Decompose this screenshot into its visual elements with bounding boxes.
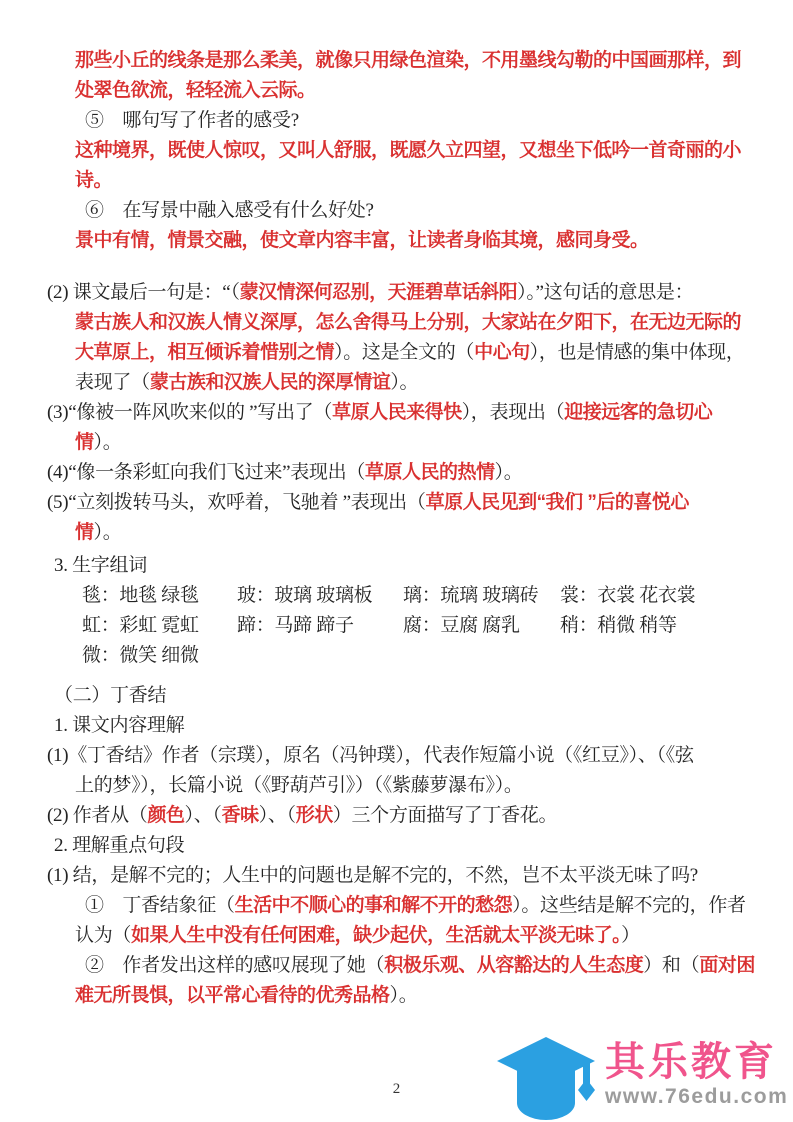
word-entry	[237, 641, 403, 671]
text-segment: 认为（	[75, 925, 131, 946]
answer-text-segment: 中心句	[474, 342, 530, 363]
text-segment: ）。	[390, 372, 418, 393]
text-line: 上的梦》），长篇小说（《野葫芦引》）（《紫藤萝瀑布》）。	[75, 771, 751, 801]
text-line: 那些小丘的线条是那么柔美，就像只用绿色渲染，不用墨线勾勒的中国画那样，到	[75, 46, 751, 76]
text-line: 这种境界，既使人惊叹，又叫人舒服，既愿久立四望，又想坐下低吟一首奇丽的小	[75, 136, 751, 166]
text-segment: (1) 结，是解不完的；人生中的问题也是解不完的，不然，岂不太平淡无味了吗?	[47, 865, 698, 886]
brand-text: 其乐教育 www.76edu.com	[605, 1040, 788, 1109]
document-page: 那些小丘的线条是那么柔美，就像只用绿色渲染，不用墨线勾勒的中国画那样，到处翠色欲…	[0, 0, 793, 1122]
answer-text-segment: 难无所畏惧，以平常心看待的优秀品格	[75, 985, 390, 1006]
text-line: ② 作者发出这样的感叹展现了她（积极乐观、从容豁达的人生态度）和（面对困	[85, 951, 751, 981]
text-line: 情）。	[75, 518, 751, 548]
word-entry	[560, 641, 751, 671]
text-line: 2. 理解重点句段	[54, 831, 751, 861]
text-line: 3. 生字组词	[54, 551, 751, 581]
text-line: 大草原上，相互倾诉着惜别之情）。这是全文的（中心句），也是情感的集中体现，	[75, 338, 751, 368]
answer-text-segment: 情	[75, 522, 94, 543]
document-body: 那些小丘的线条是那么柔美，就像只用绿色渲染，不用墨线勾勒的中国画那样，到处翠色欲…	[0, 0, 793, 1011]
text-line: 难无所畏惧，以平常心看待的优秀品格）。	[75, 981, 751, 1011]
answer-text-segment: 这种境界，既使人惊叹，又叫人舒服，既愿久立四望，又想坐下低吟一首奇丽的小	[75, 140, 741, 161]
text-line: (5)“立刻拨转马头，欢呼着，飞驰着 ”表现出（草原人民见到“我们 ”后的喜悦心	[47, 488, 751, 518]
text-line: ⑥ 在写景中融入感受有什么好处?	[85, 196, 751, 226]
text-line: 景中有情，情景交融，使文章内容丰富，让读者身临其境，感同身受。	[75, 226, 751, 256]
word-entry: 毯：地毯 绿毯	[82, 581, 237, 611]
text-segment: ）。	[94, 522, 122, 543]
text-segment: ）、（	[185, 805, 222, 826]
word-entry: 蹄：马蹄 蹄子	[237, 611, 403, 641]
text-segment: ），表现出（	[462, 402, 565, 423]
text-segment: ），也是情感的集中体现，	[530, 342, 745, 363]
answer-text-segment: 草原人民来得快	[332, 402, 462, 423]
text-segment: 3. 生字组词	[54, 555, 147, 576]
word-entry	[403, 641, 560, 671]
text-segment: ）。	[94, 432, 122, 453]
brand-name: 其乐教育	[605, 1040, 788, 1084]
answer-text-segment: 如果人生中没有任何困难，缺少起伏，生活就太平淡无味了。	[131, 925, 621, 946]
answer-text-segment: 颜色	[148, 805, 185, 826]
answer-text-segment: 积极乐观、从容豁达的人生态度	[384, 955, 643, 976]
text-line: (2) 课文最后一句是：“（蒙汉情深何忍别，天涯碧草话斜阳）。”这句话的意思是：	[47, 278, 751, 308]
text-segment: (2) 作者从（	[47, 805, 148, 826]
word-entry: 微：微笑 细微	[82, 641, 237, 671]
text-segment: 上的梦》），长篇小说（《野葫芦引》）（《紫藤萝瀑布》）。	[75, 775, 523, 796]
answer-text-segment: 形状	[296, 805, 333, 826]
answer-text-segment: 生活中不顺心的事和解不开的愁怨	[235, 895, 513, 916]
text-segment: 表现了（	[75, 372, 150, 393]
brand-logo: 其乐教育 www.76edu.com	[495, 1028, 787, 1122]
text-segment: （二）丁香结	[54, 685, 166, 706]
text-segment: ② 作者发出这样的感叹展现了她（	[85, 955, 384, 976]
text-segment: ⑥ 在写景中融入感受有什么好处?	[85, 200, 374, 221]
text-line: (1)《丁香结》作者（宗璞），原名（冯钟璞），代表作短篇小说（《红豆》）、（《弦	[47, 741, 751, 771]
answer-text-segment: 处翠色欲流，轻轻流入云际。	[75, 80, 316, 101]
text-line: (4)“像一条彩虹向我们飞过来”表现出（草原人民的热情）。	[47, 458, 751, 488]
answer-text-segment: 景中有情，情景交融，使文章内容丰富，让读者身临其境，感同身受。	[75, 230, 649, 251]
text-segment: (2) 课文最后一句是：“（	[47, 282, 240, 303]
word-entry: 腐：豆腐 腐乳	[403, 611, 560, 641]
text-segment: ）	[621, 925, 640, 946]
answer-text-segment: 蒙古族和汉族人民的深厚情谊	[150, 372, 391, 393]
brand-url: www.76edu.com	[605, 1085, 788, 1109]
answer-text-segment: 草原人民的热情	[365, 462, 495, 483]
text-segment: 1. 课文内容理解	[54, 715, 184, 736]
text-segment: 2. 理解重点句段	[54, 835, 184, 856]
answer-text-segment: 面对困	[699, 955, 755, 976]
text-segment: ）。	[495, 462, 523, 483]
word-entry: 裳：衣裳 花衣裳	[560, 581, 751, 611]
text-segment: ）三个方面描写了丁香花。	[333, 805, 557, 826]
text-segment: (5)“立刻拨转马头，欢呼着，飞驰着 ”表现出（	[47, 492, 426, 513]
answer-text-segment: 蒙汉情深何忍别，天涯碧草话斜阳	[240, 282, 518, 303]
text-line: （二）丁香结	[54, 681, 751, 711]
text-line: 认为（如果人生中没有任何困难，缺少起伏，生活就太平淡无味了。）	[75, 921, 751, 951]
text-line: 1. 课文内容理解	[54, 711, 751, 741]
text-segment: ）、（	[259, 805, 296, 826]
text-segment: ）。	[390, 985, 418, 1006]
text-line: 蒙古族人和汉族人情义深厚，怎么舍得马上分别，大家站在夕阳下，在无边无际的	[75, 308, 751, 338]
answer-text-segment: 香味	[222, 805, 259, 826]
answer-text-segment: 大草原上，相互倾诉着惜别之情	[75, 342, 334, 363]
answer-text-segment: 蒙古族人和汉族人情义深厚，怎么舍得马上分别，大家站在夕阳下，在无边无际的	[75, 312, 741, 333]
answer-text-segment: 迎接远客的急切心	[564, 402, 712, 423]
text-segment: (1)《丁香结》作者（宗璞），原名（冯钟璞），代表作短篇小说（《红豆》）、（《弦	[47, 745, 694, 766]
answer-text-segment: 草原人民见到“我们 ”后的喜悦心	[426, 492, 689, 513]
word-entry: 玻：玻璃 玻璃板	[237, 581, 403, 611]
text-line: (1) 结，是解不完的；人生中的问题也是解不完的，不然，岂不太平淡无味了吗?	[47, 861, 751, 891]
text-segment: (3)“像被一阵风吹来似的 ”写出了（	[47, 402, 332, 423]
text-segment: ）。这是全文的（	[334, 342, 474, 363]
word-entry: 虹：彩虹 霓虹	[82, 611, 237, 641]
text-segment: (4)“像一条彩虹向我们飞过来”表现出（	[47, 462, 365, 483]
text-line: 情）。	[75, 428, 751, 458]
answer-text-segment: 情	[75, 432, 94, 453]
word-entry: 稍：稍微 稍等	[560, 611, 751, 641]
text-segment: ）。”这句话的意思是：	[517, 282, 693, 303]
word-formation-table: 毯：地毯 绿毯玻：玻璃 玻璃板璃：琉璃 玻璃砖裳：衣裳 花衣裳虹：彩虹 霓虹蹄：…	[82, 581, 751, 671]
answer-text-segment: 诗。	[75, 170, 112, 191]
text-line: 诗。	[75, 166, 751, 196]
text-line: (3)“像被一阵风吹来似的 ”写出了（草原人民来得快），表现出（迎接远客的急切心	[47, 398, 751, 428]
text-segment: ① 丁香结象征（	[85, 895, 235, 916]
word-entry: 璃：琉璃 玻璃砖	[403, 581, 560, 611]
answer-text-segment: 那些小丘的线条是那么柔美，就像只用绿色渲染，不用墨线勾勒的中国画那样，到	[75, 50, 741, 71]
text-line: ⑤ 哪句写了作者的感受?	[85, 106, 751, 136]
text-segment: ）和（	[643, 955, 699, 976]
graduation-cap-icon	[495, 1029, 599, 1122]
text-segment: ）。这些结是解不完的，作者	[512, 895, 746, 916]
text-segment: ⑤ 哪句写了作者的感受?	[85, 110, 299, 131]
text-line: 处翠色欲流，轻轻流入云际。	[75, 76, 751, 106]
text-line: ① 丁香结象征（生活中不顺心的事和解不开的愁怨）。这些结是解不完的，作者	[85, 891, 751, 921]
text-line: (2) 作者从（颜色）、（香味）、（形状）三个方面描写了丁香花。	[47, 801, 751, 831]
text-line: 表现了（蒙古族和汉族人民的深厚情谊）。	[75, 368, 751, 398]
